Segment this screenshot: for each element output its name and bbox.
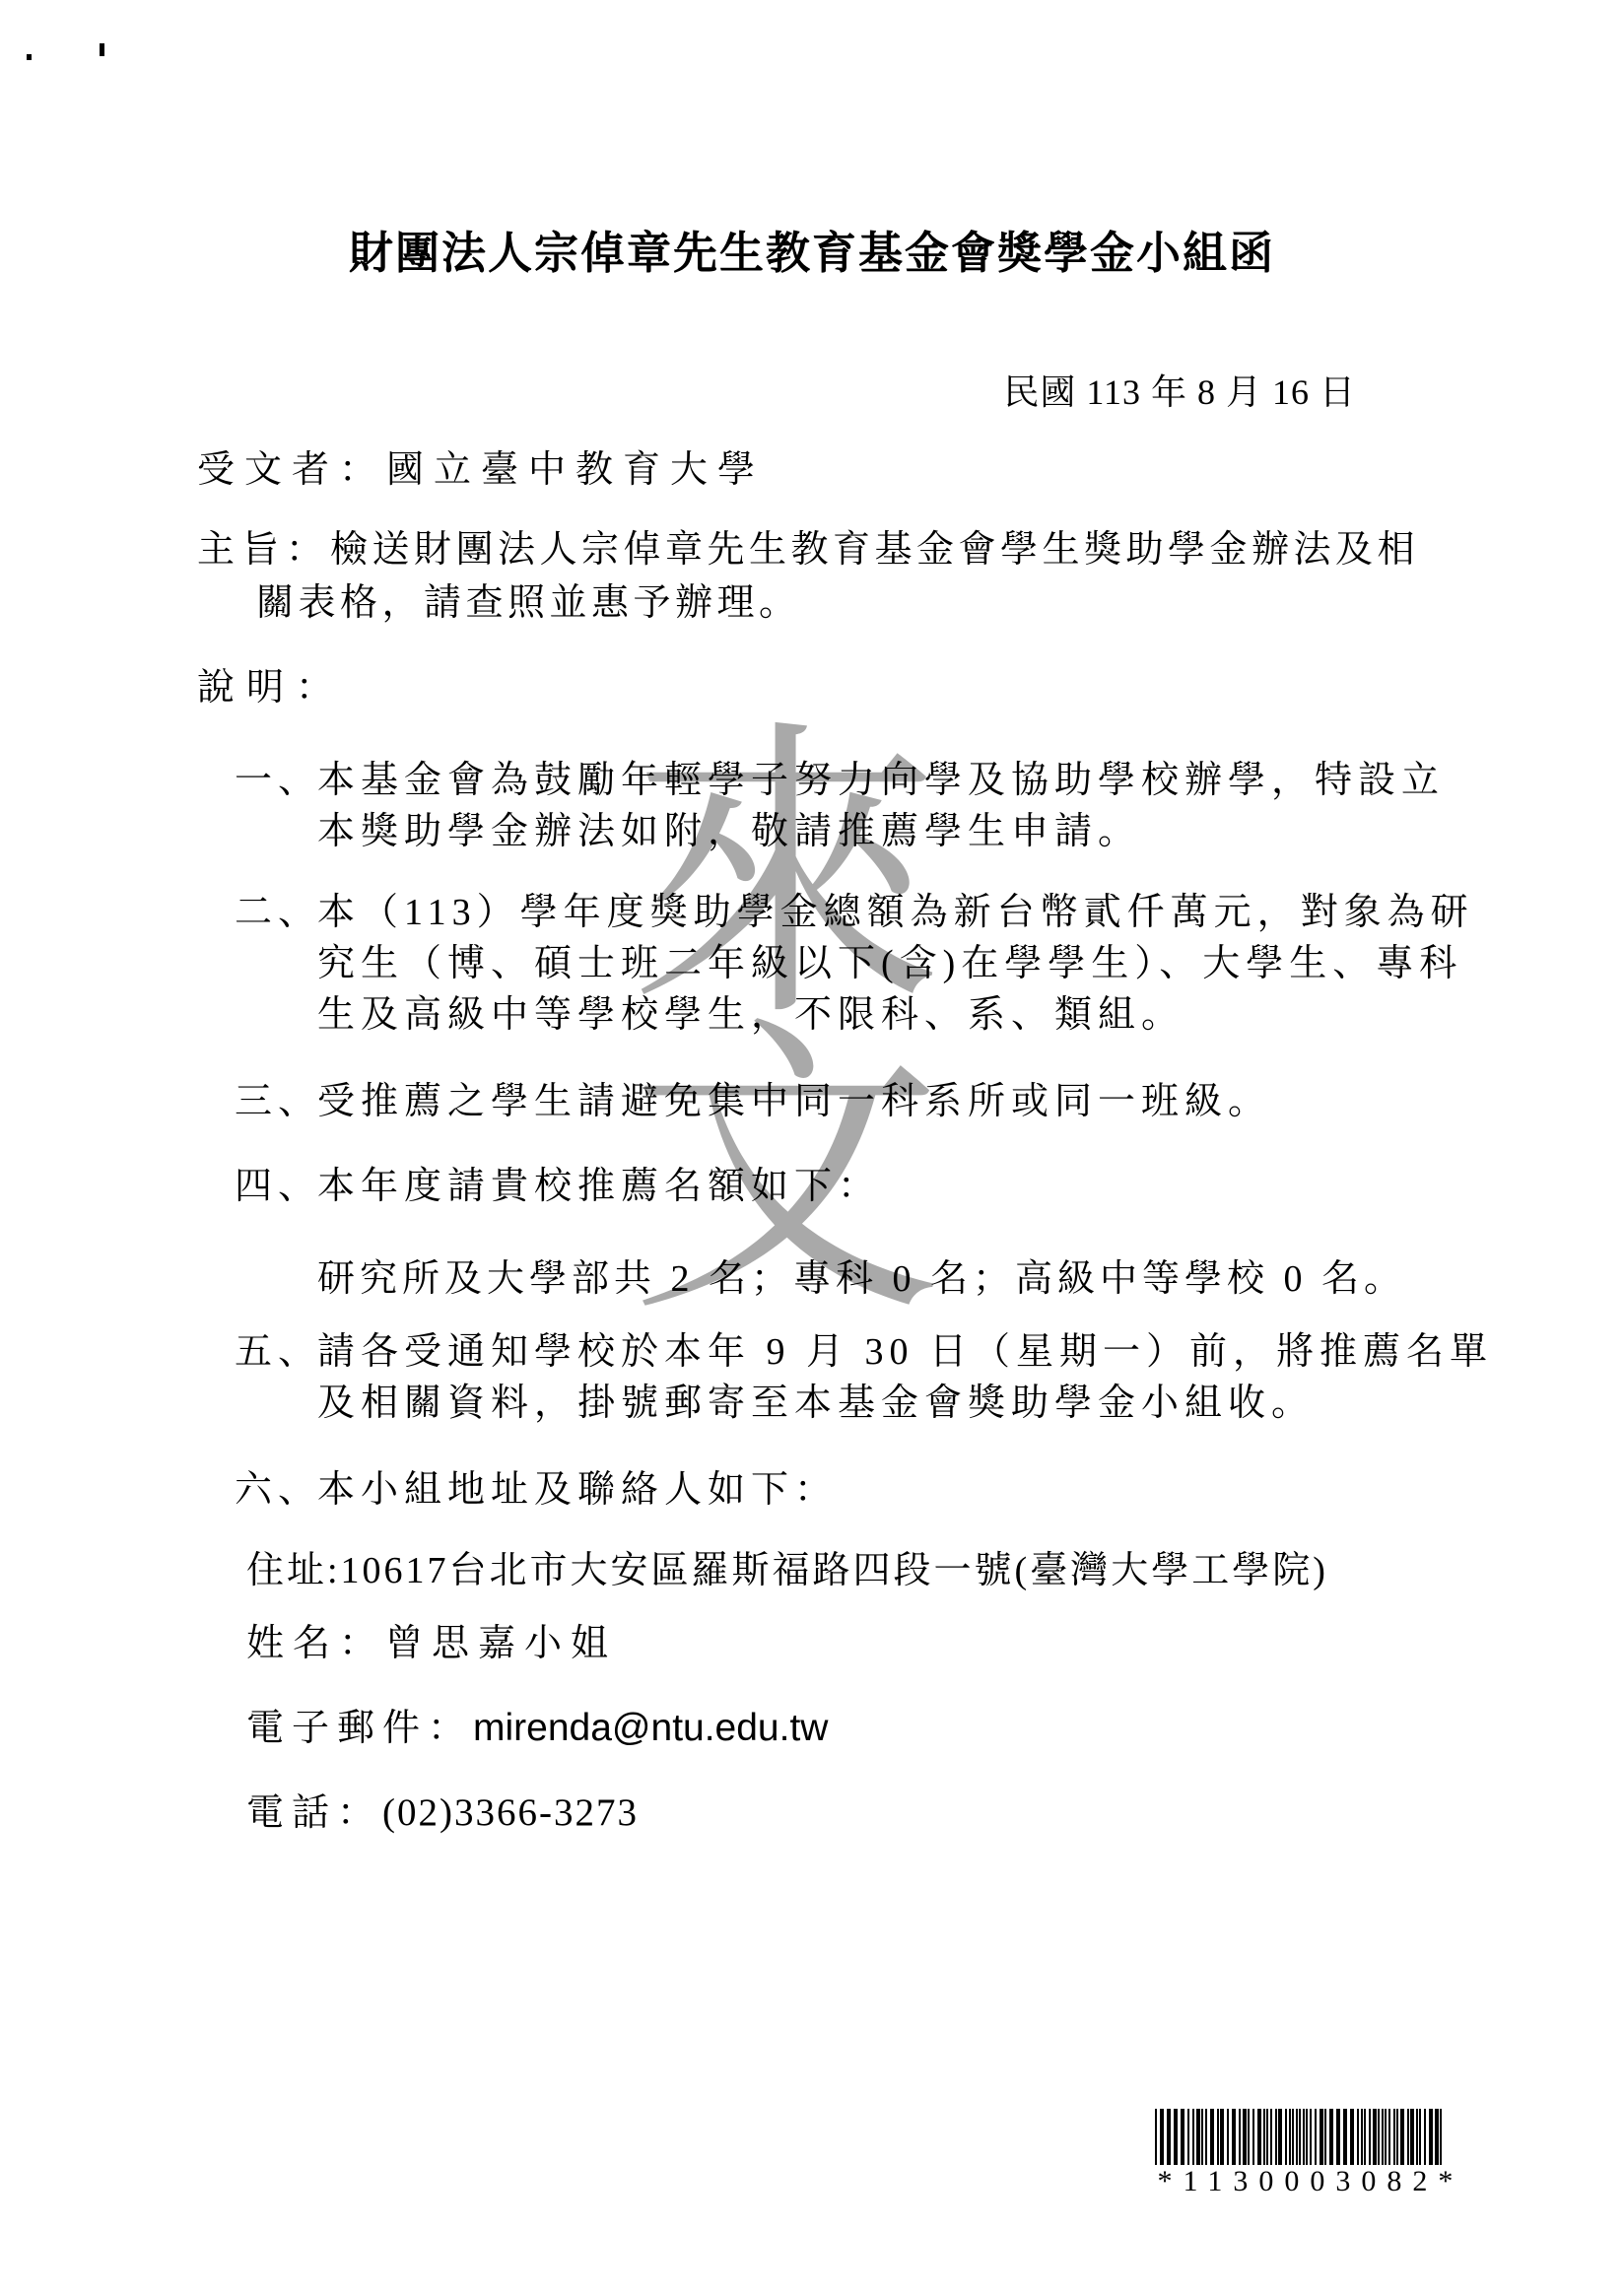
item-number: 五、 [235,1326,317,1378]
document-barcode: *1130003082* [1155,2109,1466,2198]
contact-name-line: 姓名：曾思嘉小姐 [246,1618,617,1669]
item-text: 生及高級中等學校學生，不限科、系、類組。 [317,989,1474,1041]
explanation-item-5: 五、請各受通知學校於本年 9 月 30 日（星期一）前，將推薦名單 及相關資料，… [235,1326,1493,1429]
item-line: 二、本（113）學年度獎助學金總額為新台幣貳仟萬元，對象為研 [235,887,1474,938]
subject-paragraph: 主旨：檢送財團法人宗倬章先生教育基金會學生獎助學金辦法及相 關表格，請查照並惠予… [197,523,1419,630]
item-number: 一、 [235,755,317,806]
barcode-text: *1130003082* [1155,2165,1466,2198]
item-number: 二、 [235,887,317,938]
letter-title: 財團法人宗倬章先生教育基金會獎學金小組函 [0,223,1624,285]
item-text: 究生（博、碩士班二年級以下(含)在學學生）、大學生、專科 [317,938,1474,989]
phone-number: (02)3366-3273 [382,1791,639,1834]
item-number: 三、 [235,1076,317,1127]
recipient-line: 受文者：國立臺中教育大學 [197,443,765,497]
barcode-bars [1155,2109,1466,2165]
subject-line-1: 檢送財團法人宗倬章先生教育基金會學生獎助學金辦法及相 [330,529,1419,571]
scanned-letter-page: 來 文 財團法人宗倬章先生教育基金會獎學金小組函 民國 113 年 8 月 16… [0,0,1624,2295]
explanation-item-6: 六、本小組地址及聯絡人如下： [235,1464,838,1516]
letter-content: 財團法人宗倬章先生教育基金會獎學金小組函 民國 113 年 8 月 16 日 受… [0,0,1624,2295]
item-text: 本基金會為鼓勵年輕學子努力向學及協助學校辦學，特設立 [317,760,1445,801]
explanation-item-4: 四、本年度請貴校推薦名額如下： [235,1161,881,1212]
contact-address-line: 住址:10617台北市大安區羅斯福路四段一號(臺灣大學工學院) [246,1545,1328,1596]
date-line: 民國 113 年 8 月 16 日 [0,367,1624,418]
explanation-item-3: 三、受推薦之學生請避免集中同一科系所或同一班級。 [235,1076,1271,1127]
email-label: 電子郵件： [246,1708,473,1749]
item-text: 受推薦之學生請避免集中同一科系所或同一班級。 [317,1081,1271,1122]
explanation-item-1: 一、本基金會為鼓勵年輕學子努力向學及協助學校辦學，特設立 本獎助學金辦法如附，敬… [235,755,1445,857]
subject-first-line: 主旨：檢送財團法人宗倬章先生教育基金會學生獎助學金辦法及相 [197,523,1419,576]
item-text: 請各受通知學校於本年 9 月 30 日（星期一）前，將推薦名單 [317,1331,1493,1373]
item-line: 六、本小組地址及聯絡人如下： [235,1464,838,1516]
subject-label: 主旨： [197,529,330,571]
explanation-label: 說明： [197,661,345,714]
item-text: 本年度請貴校推薦名額如下： [317,1166,881,1207]
item-number: 四、 [235,1161,317,1212]
contact-phone-line: 電話：(02)3366-3273 [246,1788,639,1839]
item-text: 本小組地址及聯絡人如下： [317,1469,838,1511]
email-address: mirenda@ntu.edu.tw [473,1707,828,1749]
item-number: 六、 [235,1464,317,1516]
item-line: 五、請各受通知學校於本年 9 月 30 日（星期一）前，將推薦名單 [235,1326,1493,1378]
explanation-item-2: 二、本（113）學年度獎助學金總額為新台幣貳仟萬元，對象為研 究生（博、碩士班二… [235,887,1474,1041]
phone-label: 電話： [246,1792,382,1834]
contact-email-line: 電子郵件：mirenda@ntu.edu.tw [246,1703,828,1754]
item-text: 本獎助學金辦法如附，敬請推薦學生申請。 [317,806,1445,857]
subject-line-2: 關表格，請查照並惠予辦理。 [256,576,1419,630]
item-text: 及相關資料，掛號郵寄至本基金會獎助學金小組收。 [317,1378,1493,1429]
item-line: 四、本年度請貴校推薦名額如下： [235,1161,881,1212]
item-line: 一、本基金會為鼓勵年輕學子努力向學及協助學校辦學，特設立 [235,755,1445,806]
item-line: 三、受推薦之學生請避免集中同一科系所或同一班級。 [235,1076,1271,1127]
quota-line: 研究所及大學部共 2 名；專科 0 名；高級中等學校 0 名。 [317,1253,1406,1305]
item-text: 本（113）學年度獎助學金總額為新台幣貳仟萬元，對象為研 [317,892,1474,933]
